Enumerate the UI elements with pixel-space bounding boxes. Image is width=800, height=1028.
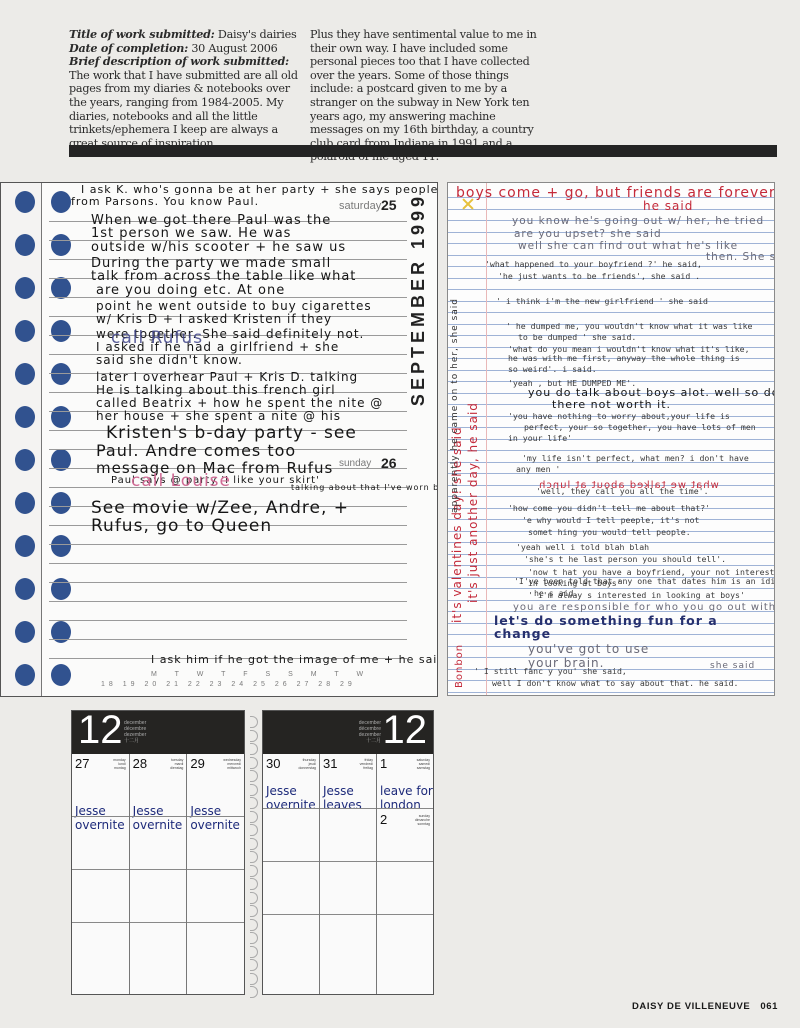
time-divider — [263, 808, 319, 809]
binding-ring — [250, 946, 258, 958]
ruled-line — [448, 496, 774, 497]
day-number: 27 — [75, 756, 89, 771]
hand-navy-lets-do-something: let's do something fun for a change — [494, 614, 734, 640]
diary-page: SEPTEMBER 1999 saturday 25 sunday 26 I a… — [0, 182, 438, 697]
hand-top-red-sub: he said — [643, 199, 693, 213]
torn-page-strip — [1, 183, 42, 696]
diary-line: Paul. Andre comes too — [96, 441, 296, 460]
note-call-rufus: call Rufus — [111, 328, 203, 348]
hand-side-black: apparently he came on to her, she said — [450, 298, 460, 513]
calendar-days: 30thursdayjeudidonnerstagJesse overnite3… — [263, 754, 433, 994]
calendar-day[interactable]: 27mondaylundimontagJesse overnite — [72, 754, 130, 994]
spiral-binding — [245, 712, 262, 995]
binding-ring — [250, 784, 258, 796]
binding-ring — [250, 986, 258, 998]
binding-ring — [250, 730, 258, 742]
day-number: 29 — [190, 756, 204, 771]
binding-ring — [250, 838, 258, 850]
diary-month-label: SEPTEMBER 1999 — [408, 193, 429, 406]
time-divider — [130, 816, 187, 817]
handwritten-entry: Jesse overnite — [133, 804, 189, 832]
diary-line: later I overhear Paul + Kris D. talking — [96, 370, 358, 384]
day-names: sundaydimanchesonntag — [415, 814, 430, 826]
time-divider — [377, 914, 433, 915]
binding-ring — [250, 865, 258, 877]
day-number: 31 — [323, 756, 337, 771]
binder-hole — [15, 363, 35, 385]
diary-line: Rufus, go to Queen — [91, 516, 272, 536]
typed-line: any men ' — [516, 464, 560, 474]
diary-line: talk from across the table like what — [91, 269, 356, 284]
typed-line: well I don't know what to say about that… — [492, 678, 738, 688]
hand-side-red-2: it's just another day, he said — [466, 402, 480, 603]
calendar-day[interactable]: 31fridayvendredifreitagJesse leaves — [320, 754, 377, 994]
ruled-line — [49, 582, 407, 583]
binding-ring — [250, 973, 258, 985]
binding-ring — [250, 851, 258, 863]
time-divider — [187, 816, 244, 817]
ruled-line — [448, 209, 774, 210]
binding-ring — [250, 959, 258, 971]
ruled-line — [448, 692, 774, 693]
page-number: 061 — [760, 1001, 778, 1012]
time-divider — [72, 816, 129, 817]
calendar-header: december décembre dezember 十二月 12 — [263, 711, 433, 754]
diary-line: w/ Kris D + I asked Kristen if they — [96, 312, 332, 326]
typed-line: 'what happened to your boyfriend ?' he s… — [485, 259, 702, 269]
saturday-number: 25 — [381, 197, 397, 213]
day-number: 30 — [266, 756, 280, 771]
typed-line: ' i'm alway s interested in looking at b… — [528, 590, 745, 600]
binding-ring — [250, 811, 258, 823]
hand-gray-2: are you upset? she said — [514, 228, 662, 240]
month-names: december décembre dezember 十二月 — [359, 720, 381, 744]
typed-line: 'she's t he last person you should tell'… — [524, 554, 726, 564]
diary-line: I ask him if he got the image of me + he… — [151, 653, 438, 666]
month-number: 12 — [383, 708, 428, 753]
binder-hole — [15, 492, 35, 514]
description-text-left: The work that I have submitted are all o… — [69, 69, 305, 151]
day-names: tuesdaymardidienstag — [170, 758, 183, 770]
binder-hole — [15, 449, 35, 471]
typed-line: 'how come you didn't tell me about that?… — [508, 503, 710, 513]
typed-line: 'yeah , but HE DUMPED ME'. — [508, 378, 636, 388]
note-call-louise: call Louise — [131, 471, 231, 491]
typed-line: 'you have nothing to worry about,your li… — [508, 411, 730, 421]
time-divider — [72, 869, 129, 870]
handwritten-entry: Jesse overnite — [75, 804, 131, 832]
calendar-left-page: 12 december décembre dezember 十二月 27mond… — [71, 710, 245, 995]
typed-line: 'yeah well i told blah blah — [516, 542, 649, 552]
typed-line: 'my life isn't perfect, what men? i don'… — [522, 453, 749, 463]
diary-line: He is talking about this french girl — [96, 383, 336, 397]
diary-line: Kristen's b-day party - see — [106, 423, 357, 443]
time-divider — [263, 914, 319, 915]
mini-calendar-numbers: 18 19 20 21 22 23 24 25 26 27 28 29 — [101, 681, 356, 688]
time-divider — [187, 869, 244, 870]
time-divider — [263, 861, 319, 862]
time-divider — [320, 861, 376, 862]
binding-ring — [250, 797, 258, 809]
time-divider — [130, 869, 187, 870]
binder-hole — [15, 664, 35, 686]
diary-line: her house + she spent a nite @ his — [96, 409, 341, 423]
binder-hole — [15, 191, 35, 213]
binding-ring — [250, 932, 258, 944]
calendar-right-page: december décembre dezember 十二月 12 30thur… — [262, 710, 434, 995]
time-divider — [187, 922, 244, 923]
hand-black-2: there not worth it. — [552, 398, 671, 411]
hand-side-red-3: Bonbon — [454, 644, 465, 688]
month-names: december décembre dezember 十二月 — [124, 720, 146, 744]
ruled-line — [448, 588, 774, 589]
month-number: 12 — [78, 708, 123, 753]
day-number: 2 — [380, 812, 387, 827]
time-divider — [377, 808, 433, 809]
ruled-line — [49, 620, 407, 621]
notebook-page: boys come + go, but friends are forever … — [447, 182, 775, 696]
diary-line: outside w/his scooter + he saw us — [91, 240, 346, 255]
ruled-line — [448, 565, 774, 566]
intro-left-column: Title of work submitted: Daisy's dairies… — [69, 28, 305, 150]
binding-ring — [250, 905, 258, 917]
header-rule — [69, 145, 777, 157]
time-divider — [72, 922, 129, 923]
binding-ring — [250, 770, 258, 782]
ruled-line — [448, 450, 774, 451]
ruled-line — [448, 312, 774, 313]
calendar-day[interactable]: 1saturdaysamedisamstagleave for london2s… — [377, 754, 433, 994]
day-names: thursdayjeudidonnerstag — [298, 758, 316, 770]
binder-hole — [15, 621, 35, 643]
time-divider — [130, 922, 187, 923]
ruled-line — [448, 439, 774, 440]
binding-ring — [250, 892, 258, 904]
binding-ring — [250, 824, 258, 836]
day-number: 1 — [380, 756, 387, 771]
date-value: 30 August 2006 — [191, 42, 277, 55]
binder-hole — [15, 234, 35, 256]
binding-ring — [250, 716, 258, 728]
binding-ring — [250, 878, 258, 890]
diary-line: talking about that I've worn before — [291, 483, 438, 492]
title-value: Daisy's dairies — [218, 28, 297, 41]
saturday-label: saturday — [339, 200, 381, 212]
description-text-right: Plus they have sentimental value to me i… — [310, 28, 550, 164]
hand-gray-1: you know he's going out w/ her, he tried — [512, 215, 764, 227]
hand-gray-4: then. She said — [706, 251, 775, 263]
calendar-day[interactable]: 30thursdayjeudidonnerstagJesse overnite — [263, 754, 320, 994]
date-label: Date of completion: — [69, 41, 188, 55]
calendar-day[interactable]: 29wednesdaymercredimittwochJesse overnit… — [187, 754, 244, 994]
diary-line: from Parsons. You know Paul. — [71, 195, 259, 208]
diary-line: point he went outside to buy cigarettes — [96, 299, 372, 313]
hand-gray-7: she said — [710, 661, 755, 671]
typed-line: in your life' — [508, 433, 572, 443]
calendar-days: 27mondaylundimontagJesse overnite28tuesd… — [72, 754, 244, 994]
day-names: wednesdaymercredimittwoch — [223, 758, 241, 770]
binding-ring — [250, 743, 258, 755]
diary-line: are you doing etc. At one — [96, 283, 285, 298]
ruled-line — [49, 601, 407, 602]
binder-hole — [15, 406, 35, 428]
binder-hole — [15, 320, 35, 342]
typed-line: 'he just wants to be friends', she said … — [498, 271, 700, 281]
day-names: fridayvendredifreitag — [360, 758, 373, 770]
day-names: mondaylundimontag — [113, 758, 125, 770]
typed-line: perfect, your so together, you have lots… — [524, 422, 756, 432]
binding-ring — [250, 919, 258, 931]
hand-gray-5: you are responsible for who you go out w… — [513, 602, 775, 613]
binder-hole — [15, 277, 35, 299]
typed-line: so weird'. i said. — [508, 364, 597, 374]
time-divider — [320, 914, 376, 915]
diary-line: said she didn't know. — [96, 353, 243, 367]
typed-line: in looking at boys' — [528, 578, 622, 588]
handwritten-entry: Jesse overnite — [190, 804, 246, 832]
page-footer: DAISY DE VILLENEUVE061 — [632, 1001, 778, 1012]
binder-hole — [15, 578, 35, 600]
author-name: DAISY DE VILLENEUVE — [632, 1001, 750, 1012]
typed-line: 'well, they call you all the time'. — [536, 486, 709, 496]
ruled-line — [49, 544, 407, 545]
typed-line: 'now t hat you have a boyfriend, your no… — [528, 567, 775, 577]
ruled-line — [49, 563, 407, 564]
calendar-header: 12 december décembre dezember 十二月 — [72, 711, 244, 754]
ruled-line — [448, 370, 774, 371]
day-number: 28 — [133, 756, 147, 771]
sunday-label: sunday — [339, 458, 371, 469]
typed-line: ' i think i'm the new girlfriend ' she s… — [496, 296, 708, 306]
time-divider — [377, 861, 433, 862]
ruled-line — [448, 473, 774, 474]
typed-line: 'e why would I tell peeple, it's not — [522, 515, 699, 525]
typed-line: he was with me first, anyway the whole t… — [508, 353, 740, 363]
ruled-line — [49, 639, 407, 640]
diary-line: called Beatrix + how he spent the nite @ — [96, 396, 383, 410]
binding-ring — [250, 757, 258, 769]
mini-calendar-days: M T W T F S S M T W — [151, 671, 371, 678]
intro-right-column: Plus they have sentimental value to me i… — [310, 28, 550, 164]
binder-hole — [15, 535, 35, 557]
day-names: saturdaysamedisamstag — [417, 758, 430, 770]
sunday-number: 26 — [381, 455, 397, 471]
yellow-x-mark — [462, 197, 474, 209]
diary-line: 1st person we saw. He was — [91, 226, 291, 241]
ruled-line — [448, 289, 774, 290]
typed-line: to be dumped ' she said. — [518, 332, 636, 342]
typed-line: somet hing you would tell people. — [528, 527, 691, 537]
time-divider — [320, 808, 376, 809]
hand-top-red: boys come + go, but friends are forever — [456, 185, 775, 201]
title-label: Title of work submitted: — [69, 27, 215, 41]
typed-line: ' I still fanc y you' she said, — [474, 666, 627, 676]
typed-line: ' he dumped me, you wouldn't know what i… — [506, 321, 752, 331]
calendar-day[interactable]: 28tuesdaymardidienstagJesse overnite — [130, 754, 188, 994]
description-label: Brief description of work submitted: — [69, 54, 289, 68]
diary-line: See movie w/Zee, Andre, + — [91, 498, 349, 518]
